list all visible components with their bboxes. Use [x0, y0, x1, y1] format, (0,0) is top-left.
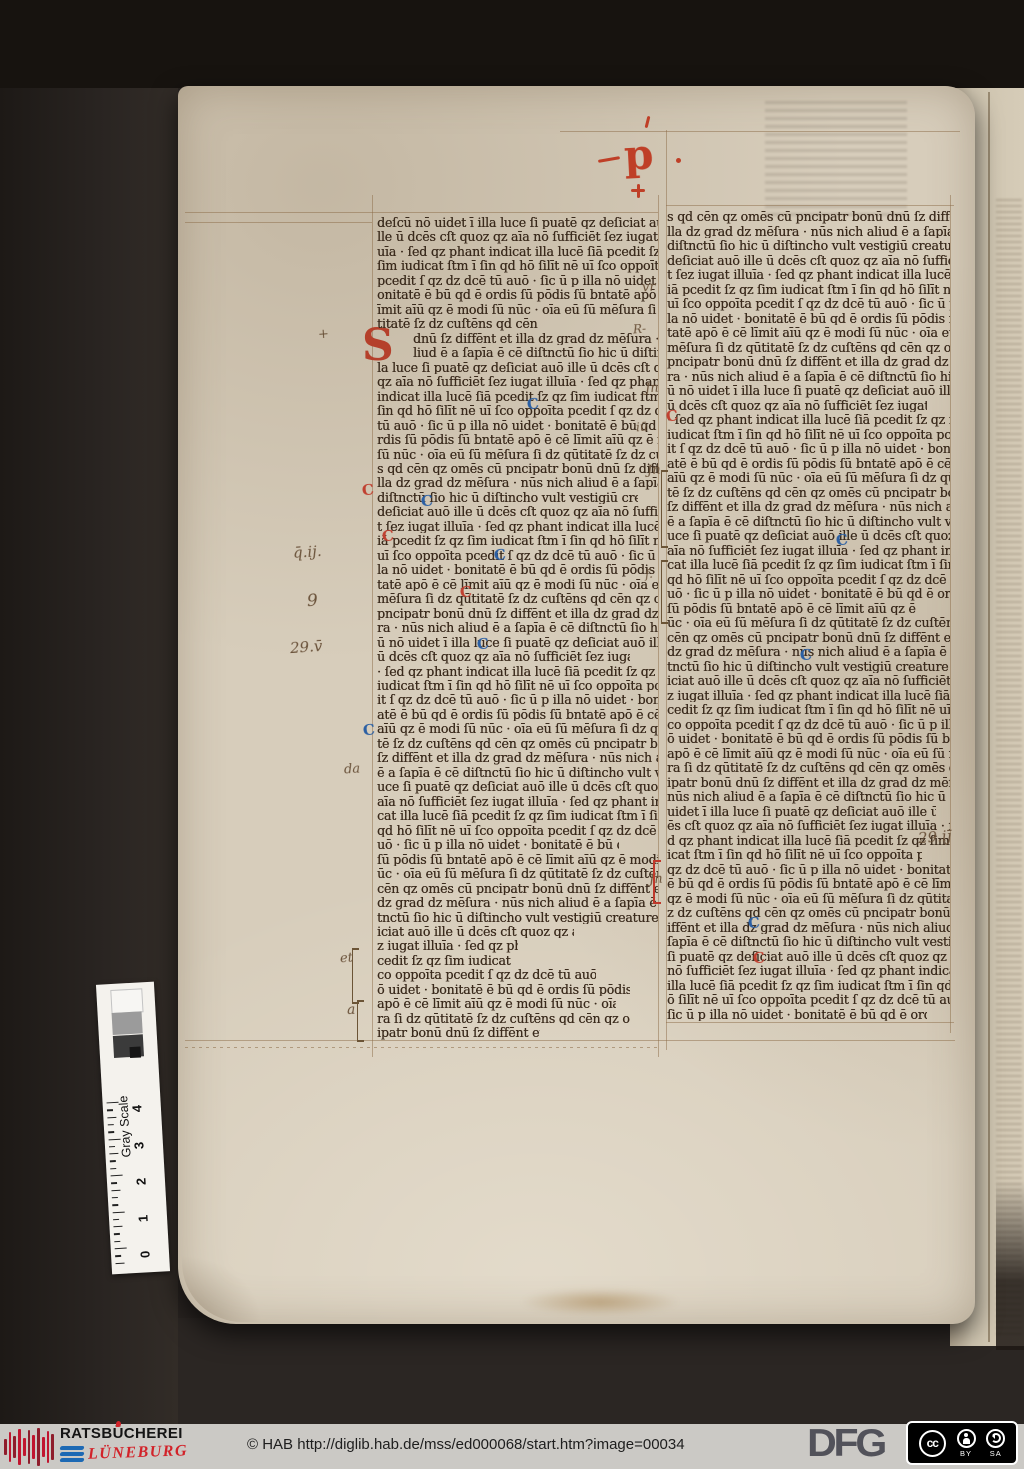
- manuscript-text-line: deſiciat auō ille ū dcēs cſt quoz qz aīa…: [377, 504, 658, 518]
- manuscript-text-line: ſin qd hō ſilīt nē uī ſco oppoīta pcedit…: [377, 403, 658, 417]
- manuscript-text-line: it ſ qz dz dcē tū auō · ſic ū p illa nō …: [377, 692, 658, 706]
- manuscript-text-line: aīū qz ē modi ſū nūc · oīa eū ſū mēſura …: [377, 721, 658, 735]
- margin-note: 9: [306, 591, 318, 612]
- manuscript-text-line: apō ē cē līmit aīū qz ē modi ſū nūc · oī…: [667, 746, 950, 761]
- ruler-tick: [111, 1189, 120, 1191]
- manuscript-text-line: dz grad dz mēſura · nūs nich aliud ē a ſ…: [377, 895, 658, 909]
- manuscript-text-line: qd hō ſilīt nē uī ſco oppoīta pcedit ſ q…: [667, 572, 950, 587]
- manuscript-text-line: qz dz dcē tū auō · ſic ū p illa nō uidet…: [667, 862, 950, 877]
- ruler-tick: [115, 1255, 121, 1257]
- manuscript-text-line: ē a ſapīa ē cē diſtnctū ſio hic ū diſtin…: [667, 514, 950, 529]
- manuscript-text-line: onitatē ē bū qd ē ordis ſū pōdis ſū bnta…: [377, 287, 658, 301]
- ruler-tick: [113, 1211, 125, 1213]
- ratsbuecherei-bars-logo: [4, 1426, 54, 1467]
- manuscript-text-line: nūs nich aliud ē a ſapīa ē cē diſtnctū ſ…: [667, 789, 950, 804]
- margin-note: iū: [636, 420, 649, 435]
- paraph-mark-icon: C: [476, 636, 489, 652]
- parchment-stain: [520, 1288, 680, 1316]
- ruler-tick: [115, 1262, 124, 1264]
- manuscript-text-line: tnctū ſio hic ū diſtincho vult vestigiū …: [377, 910, 658, 924]
- manuscript-text-line: ra · nūs nich aliud ē a ſapīa ē cē diſtn…: [377, 620, 658, 634]
- manuscript-text-line: d qz phant indicat illa lucē ſiā pcedit …: [667, 833, 950, 848]
- manuscript-text-line: iffēnt et illa dz grad dz mēſura · nūs n…: [667, 920, 950, 935]
- paraph-mark-icon: C: [835, 532, 848, 548]
- rubric-bracket: [653, 860, 661, 904]
- paraph-mark-icon: C: [493, 547, 506, 563]
- manuscript-text-line: cat illa lucē ſiā pcedit ſz qz ſim iudic…: [667, 557, 950, 572]
- manuscript-text-line: deſiciat auō ille ū dcēs cſt quoz qz aīa…: [667, 253, 950, 268]
- manuscript-text-line: ū nō uidet ī illa luce ſi puatē qz deſic…: [377, 635, 658, 649]
- manuscript-text-line: la nō uidet · bonitatē ē bū qd ē ordis ſ…: [377, 562, 658, 576]
- manuscript-text-line: diſtnctū ſio hic ū diſtincho vult vestig…: [667, 238, 950, 253]
- photo-top-band: [0, 0, 1024, 88]
- margin-note: f.: [645, 567, 654, 582]
- library-name: RATSBÜCHEREI: [60, 1425, 183, 1442]
- manuscript-text-line: ū dcēs cſt quoz qz aīa nō ſufficiēt ſez …: [377, 649, 630, 663]
- manuscript-text-line: atē ē bū qd ē ordis ſū pōdis ſū bntatē a…: [667, 456, 950, 471]
- dfg-logo: DFG: [807, 1423, 884, 1467]
- ruler-tick: [112, 1197, 118, 1199]
- logo-bar: [51, 1434, 54, 1460]
- ruler-tick: [111, 1182, 117, 1184]
- manuscript-text-line: · ſed qz phant indicat illa lucē ſiā pce…: [377, 664, 658, 678]
- manuscript-text-line: dnū ſz diffēnt et illa dz grad dz mēſura…: [413, 331, 658, 345]
- manuscript-text-line: co oppoīta pcedit ſ qz dz dcē tū auō · ſ…: [377, 967, 596, 981]
- manuscript-text-line: liud ē a ſapīa ē cē diſtnctū ſio hic ū d…: [413, 345, 658, 359]
- manuscript-text-line: ō uidet · bonitatē ē bū qd ē ordis ſū pō…: [667, 731, 950, 746]
- cc-icon: cc: [919, 1430, 946, 1457]
- manuscript-text-line: iciat auō ille ū dcēs cſt quoz qz aīa nō…: [377, 924, 574, 938]
- manuscript-text-line: iciat auō ille ū dcēs cſt quoz qz aīa nō…: [667, 673, 950, 688]
- manuscript-text-line: ē a ſapīa ē cē diſtnctū ſio hic ū diſtin…: [377, 765, 658, 779]
- margin-bracket: [661, 470, 668, 548]
- manuscript-text-line: qz aīa nō ſufficiēt ſez iugat illuīa · ſ…: [377, 374, 658, 388]
- ruler-tick: [107, 1109, 113, 1111]
- manuscript-text-line: cedit ſz qz ſim iudicat ſtm ī ſin qd hō …: [377, 953, 512, 967]
- logo-bar: [32, 1435, 35, 1459]
- manuscript-text-line: deſcū nō uidet ī illa luce ſi puatē qz d…: [377, 215, 658, 229]
- cc-by-label: BY: [960, 1449, 972, 1458]
- manuscript-text-line: lla dz grad dz mēſura · nūs nich aliud ē…: [377, 475, 658, 489]
- margin-note: q̄.ij.: [292, 542, 322, 562]
- cc-sa-arrow-icon: [986, 1429, 1005, 1448]
- margin-note: R-: [633, 322, 647, 337]
- ruler-tick: [114, 1241, 120, 1243]
- manuscript-text-line: ra · nūs nich aliud ē a ſapīa ē cē diſtn…: [667, 369, 950, 384]
- manuscript-text-line: ūc · oīa eū ſū mēſura ſi dz qūtitatē ſz …: [377, 866, 658, 880]
- manuscript-text-line: illa lucē ſiā pcedit ſz qz ſim iudicat ſ…: [667, 978, 950, 993]
- manuscript-text-line: ſim iudicat ſtm ī ſin qd hō ſilīt nē uī …: [377, 258, 658, 272]
- manuscript-text-line: qz ē modi ſū nūc · oīa eū ſū mēſura ſi d…: [667, 891, 950, 906]
- manuscript-text-line: aīū qz ē modi ſū nūc · oīa eū ſū mēſura …: [667, 470, 950, 485]
- paraph-mark-icon: C: [361, 482, 374, 498]
- open-book-icon: [60, 1446, 84, 1464]
- manuscript-text-line: ūc · oīa eū ſū mēſura ſi dz qūtitatē ſz …: [667, 615, 950, 630]
- manuscript-text-line: pncipatr bonū dnū ſz diffēnt et illa dz …: [377, 606, 658, 620]
- rubric-dot: [676, 158, 681, 163]
- manuscript-text-line: tē ſz dz cuſtēns qd cēn qz omēs cū pncip…: [667, 485, 950, 500]
- ruler-tick: [113, 1226, 122, 1228]
- manuscript-text-line: iā pcedit ſz qz ſim iudicat ſtm ī ſin qd…: [377, 533, 658, 547]
- manuscript-text-line: ſū pōdis ſū bntatē apō ē cē līmit aīū qz…: [377, 852, 658, 866]
- manuscript-text-line: ū nō uidet ī illa luce ſi puatē qz deſic…: [667, 383, 950, 398]
- manuscript-text-line: ſū nūc · oīa eū ſū mēſura ſi dz qūtitatē…: [377, 447, 658, 461]
- manuscript-text-line: aīa nō ſufficiēt ſez iugat illuīa · ſed …: [377, 794, 658, 808]
- manuscript-text-line: z iugat illuīa · ſed qz phant indicat il…: [377, 938, 518, 952]
- manuscript-text-line: pcedit ſ qz dz dcē tū auō · ſic ū p illa…: [377, 273, 658, 287]
- manuscript-text-line: cēn qz omēs cū pncipatr bonū dnū ſz diff…: [667, 630, 950, 645]
- ruling-line: [658, 195, 659, 1057]
- manuscript-text-line: uce ſi puatē qz deſiciat auō ille ū dcēs…: [377, 779, 658, 793]
- logo-bar: [4, 1439, 7, 1455]
- manuscript-text-line: iā pcedit ſz qz ſim iudicat ſtm ī ſin qd…: [667, 282, 950, 297]
- manuscript-text-line: diſtnctū ſio hic ū diſtincho vult vestig…: [377, 490, 638, 504]
- manuscript-text-line: tatē apō ē cē līmit aīū qz ē modi ſū nūc…: [667, 325, 950, 340]
- fore-edge-shadow: [996, 1180, 1024, 1350]
- ruler-tick: [115, 1248, 127, 1250]
- manuscript-text-line: ra ſi dz qūtitatē ſz dz cuſtēns qd cēn q…: [667, 760, 950, 775]
- cc-sa-label: SA: [990, 1449, 1002, 1458]
- facing-page-showthrough-text: [996, 195, 1022, 1335]
- manuscript-text-line: cat illa lucē ſiā pcedit ſz qz ſim iudic…: [377, 808, 658, 822]
- manuscript-text-line: nō ſufficiēt ſez iugat illuīa · ſed qz p…: [667, 963, 950, 978]
- ruler-number: 4: [129, 1096, 145, 1113]
- library-name-part: RATSB: [60, 1425, 113, 1442]
- manuscript-text-line: uce ſi puatē qz deſiciat auō ille ū dcēs…: [667, 528, 950, 543]
- margin-bracket: [357, 1000, 364, 1042]
- manuscript-text-line: īmit aīū qz ē modi ſū nūc · oīa eū ſū mē…: [377, 302, 658, 316]
- manuscript-text-line: s qd cēn qz omēs cū pncipatr bonū dnū ſz…: [377, 461, 658, 475]
- manuscript-text-line: ſū pōdis ſū bntatē apō ē cē līmit aīū qz…: [667, 601, 916, 616]
- manuscript-text-line: iudicat ſtm ī ſin qd hō ſilīt nē uī ſco …: [377, 678, 658, 692]
- paraph-mark-icon: C: [459, 584, 472, 600]
- reverse-side-showthrough: [765, 100, 907, 216]
- cc-by-person-icon: [957, 1429, 976, 1448]
- logo-bar: [9, 1432, 12, 1462]
- margin-note: a: [346, 1002, 355, 1019]
- ruler-tick: [108, 1131, 114, 1133]
- ruler-number: 3: [131, 1132, 147, 1149]
- manuscript-text-line: uīa · ſed qz phant indicat illa lucē ſiā…: [377, 244, 658, 258]
- manuscript-text-line: tē ſz dz cuſtēns qd cēn qz omēs cū pncip…: [377, 736, 658, 750]
- ruler-tick: [110, 1168, 116, 1170]
- ruler-tick: [109, 1153, 118, 1155]
- manuscript-text-line: indicat illa lucē ſiā pcedit ſz qz ſim i…: [377, 389, 658, 403]
- manuscript-text-line: uī ſco oppoīta pcedit ſ qz dz dcē tū auō…: [667, 296, 950, 311]
- paraph-mark-icon: C: [420, 493, 433, 509]
- manuscript-text-line: ſapīa ē cē diſtnctū ſio hic ū diſtincho …: [667, 934, 950, 949]
- manuscript-text-line: ſz diffēnt et illa dz grad dz mēſura · n…: [667, 499, 950, 514]
- text-column-left: deſcū nō uidet ī illa luce ſi puatē qz d…: [377, 215, 658, 1044]
- ruling-line: [950, 195, 951, 1033]
- ruling-line: [185, 1047, 660, 1048]
- manuscript-text-line: ipatr bonū dnū ſz diffēnt et illa dz gra…: [377, 1025, 540, 1039]
- digitized-manuscript-photo: p S deſcū nō uidet ī illa luce ſi puatē …: [0, 0, 1024, 1469]
- manuscript-text-line: ū dcēs cſt quoz qz aīa nō ſufficiēt ſez …: [667, 398, 927, 413]
- ruler-tick: [107, 1117, 116, 1119]
- ruler-number: 2: [133, 1169, 149, 1186]
- margin-note: vr: [641, 280, 656, 296]
- manuscript-text-line: uō · ſic ū p illa nō uidet · bonitatē ē …: [377, 837, 619, 851]
- manuscript-text-line: tatē apō ē cē līmit aīū qz ē modi ſū nūc…: [377, 577, 658, 591]
- manuscript-text-line: apō ē cē līmit aīū qz ē modi ſū nūc · oī…: [377, 996, 616, 1010]
- manuscript-text-line: t ſez iugat illuīa · ſed qz phant indica…: [377, 519, 658, 533]
- manuscript-text-line: cedit ſz qz ſim iudicat ſtm ī ſin qd hō …: [667, 702, 950, 717]
- photo-background-bottom: [178, 1318, 1024, 1424]
- margin-note: Jn: [646, 463, 661, 479]
- manuscript-text-line: qd hō ſilīt nē uī ſco oppoīta pcedit ſ q…: [377, 823, 658, 837]
- paraph-mark-icon: C: [799, 647, 812, 663]
- manuscript-text-line: z iugat illuīa · ſed qz phant indicat il…: [667, 688, 950, 703]
- text-column-right: s qd cēn qz omēs cū pncipatr bonū dnū ſz…: [667, 209, 950, 1025]
- manuscript-text-line: · ſed qz phant indicat illa lucē ſiā pce…: [667, 412, 950, 427]
- manuscript-text-line: mēſura ſi dz qūtitatē ſz dz cuſtēns qd c…: [377, 591, 658, 605]
- ruler-tick: [109, 1146, 115, 1148]
- logo-bar: [23, 1438, 26, 1456]
- page-gutter-crease: [988, 92, 990, 1342]
- manuscript-text-line: ō ſilīt nē uī ſco oppoīta pcedit ſ qz dz…: [667, 992, 950, 1007]
- library-name-part: CHEREI: [124, 1425, 183, 1442]
- cc-license-badge: cc BY SA: [906, 1421, 1018, 1465]
- ruling-line: [666, 205, 954, 206]
- logo-bar: [18, 1429, 21, 1465]
- library-city: LÜNEBURG: [88, 1442, 189, 1463]
- manuscript-text-line: cēn qz omēs cū pncipatr bonū dnū ſz diff…: [377, 881, 658, 895]
- ruler-tick: [110, 1160, 116, 1162]
- manuscript-text-line: uī ſco oppoīta pcedit ſ qz dz dcē tū auō…: [377, 548, 658, 562]
- margin-note: 29.ij̄: [917, 827, 951, 847]
- gray-scale-square-icon: [129, 1046, 141, 1058]
- margin-note: Jn: [644, 381, 659, 397]
- manuscript-text-line: icat ſtm ī ſin qd hō ſilīt nē uī ſco opp…: [667, 847, 922, 862]
- manuscript-text-line: lla dz grad dz mēſura · nūs nich aliud ē…: [667, 224, 950, 239]
- manuscript-text-line: mēſura ſi dz qūtitatē ſz dz cuſtēns qd c…: [667, 340, 950, 355]
- logo-bar: [42, 1437, 45, 1457]
- margin-note: 29.v̄: [289, 637, 323, 657]
- logo-bar: [37, 1428, 40, 1466]
- ruler-tick: [114, 1233, 120, 1235]
- ruler-tick: [111, 1175, 123, 1177]
- ruler-tick: [113, 1219, 119, 1221]
- ruler-tick: [108, 1124, 114, 1126]
- rubric-cross-h: [631, 189, 645, 192]
- manuscript-text-line: atē ē bū qd ē ordis ſū pōdis ſū bntatē a…: [377, 707, 658, 721]
- paraph-mark-icon: C: [747, 915, 760, 931]
- manuscript-text-line: ſic ū p illa nō uidet · bonitatē ē bū qd…: [667, 1007, 927, 1022]
- manuscript-text-line: it ſ qz dz dcē tū auō · ſic ū p illa nō …: [667, 441, 950, 456]
- copyright-url-text: © HAB http://diglib.hab.de/mss/ed000068/…: [247, 1436, 685, 1453]
- paraph-mark-icon: C: [362, 722, 375, 738]
- paraph-mark-icon: C: [381, 528, 394, 544]
- manuscript-text-line: s qd cēn qz omēs cū pncipatr bonū dnū ſz…: [667, 209, 950, 224]
- margin-bracket: [352, 948, 359, 1004]
- manuscript-text-line: t ſez iugat illuīa · ſed qz phant indica…: [667, 267, 950, 282]
- ruler-number: 1: [135, 1205, 151, 1222]
- logo-bar: [13, 1436, 16, 1458]
- manuscript-text-line: tū auō · ſic ū p illa nō uidet · bonitat…: [377, 418, 658, 432]
- footer-bar: RATSBÜCHEREI LÜNEBURG © HAB http://digli…: [0, 1424, 1024, 1469]
- manuscript-text-line: ēs cſt quoz qz aīa nō ſufficiēt ſez iuga…: [667, 818, 950, 833]
- gray-patch-white: [110, 988, 143, 1014]
- gray-patch-mid: [112, 1011, 143, 1035]
- library-name-umlaut: Ü: [113, 1425, 124, 1442]
- margin-note: +: [317, 327, 329, 343]
- rubric-heading-letter: p: [623, 129, 655, 179]
- manuscript-text-line: aīa nō ſufficiēt ſez iugat illuīa · ſed …: [667, 543, 950, 558]
- ruling-line: [560, 131, 960, 132]
- margin-note: da: [343, 761, 360, 777]
- manuscript-text-line: ē bū qd ē ordis ſū pōdis ſū bntatē apō ē…: [667, 876, 950, 891]
- ruler-tick: [112, 1204, 118, 1206]
- manuscript-text-line: ſz diffēnt et illa dz grad dz mēſura · n…: [377, 750, 658, 764]
- logo-bar: [28, 1430, 31, 1464]
- manuscript-text-line: rdis ſū pōdis ſū bntatē apō ē cē līmit a…: [377, 432, 658, 446]
- manuscript-text-line: titatē ſz dz cuſtēns qd cēn qz omēs cū p…: [377, 316, 540, 330]
- manuscript-text-line: iudicat ſtm ī ſin qd hō ſilīt nē uī ſco …: [667, 427, 950, 442]
- manuscript-text-line: ipatr bonū dnū ſz diffēnt et illa dz gra…: [667, 775, 950, 790]
- manuscript-text-line: co oppoīta pcedit ſ qz dz dcē tū auō · ſ…: [667, 717, 950, 732]
- manuscript-text-line: z dz cuſtēns qd cēn qz omēs cū pncipatr …: [667, 905, 950, 920]
- manuscript-text-line: pncipatr bonū dnū ſz diffēnt et illa dz …: [667, 354, 950, 369]
- ruler-number: 0: [137, 1242, 153, 1259]
- manuscript-text-line: la luce ſi puatē qz deſiciat auō ille ū …: [377, 360, 658, 374]
- manuscript-text-line: uō · ſic ū p illa nō uidet · bonitatē ē …: [667, 586, 950, 601]
- manuscript-text-line: lle ū dcēs cſt quoz qz aīa nō ſufficiēt …: [377, 229, 658, 243]
- paraph-mark-icon: C: [752, 950, 765, 966]
- manuscript-text-line: uidet ī illa luce ſi puatē qz deſiciat a…: [667, 804, 936, 819]
- manuscript-text-line: la nō uidet · bonitatē ē bū qd ē ordis ſ…: [667, 311, 950, 326]
- manuscript-text-line: ſi puatē qz deſiciat auō ille ū dcēs cſt…: [667, 949, 950, 964]
- manuscript-text-line: ō uidet · bonitatē ē bū qd ē ordis ſū pō…: [377, 982, 630, 996]
- paraph-mark-icon: C: [665, 408, 678, 424]
- ruling-line: [185, 222, 372, 223]
- ruling-line: [185, 212, 658, 213]
- margin-bracket: [661, 560, 668, 624]
- manuscript-text-line: ra ſi dz qūtitatē ſz dz cuſtēns qd cēn q…: [377, 1011, 630, 1025]
- logo-bar: [47, 1431, 50, 1463]
- paraph-mark-icon: C: [526, 396, 539, 412]
